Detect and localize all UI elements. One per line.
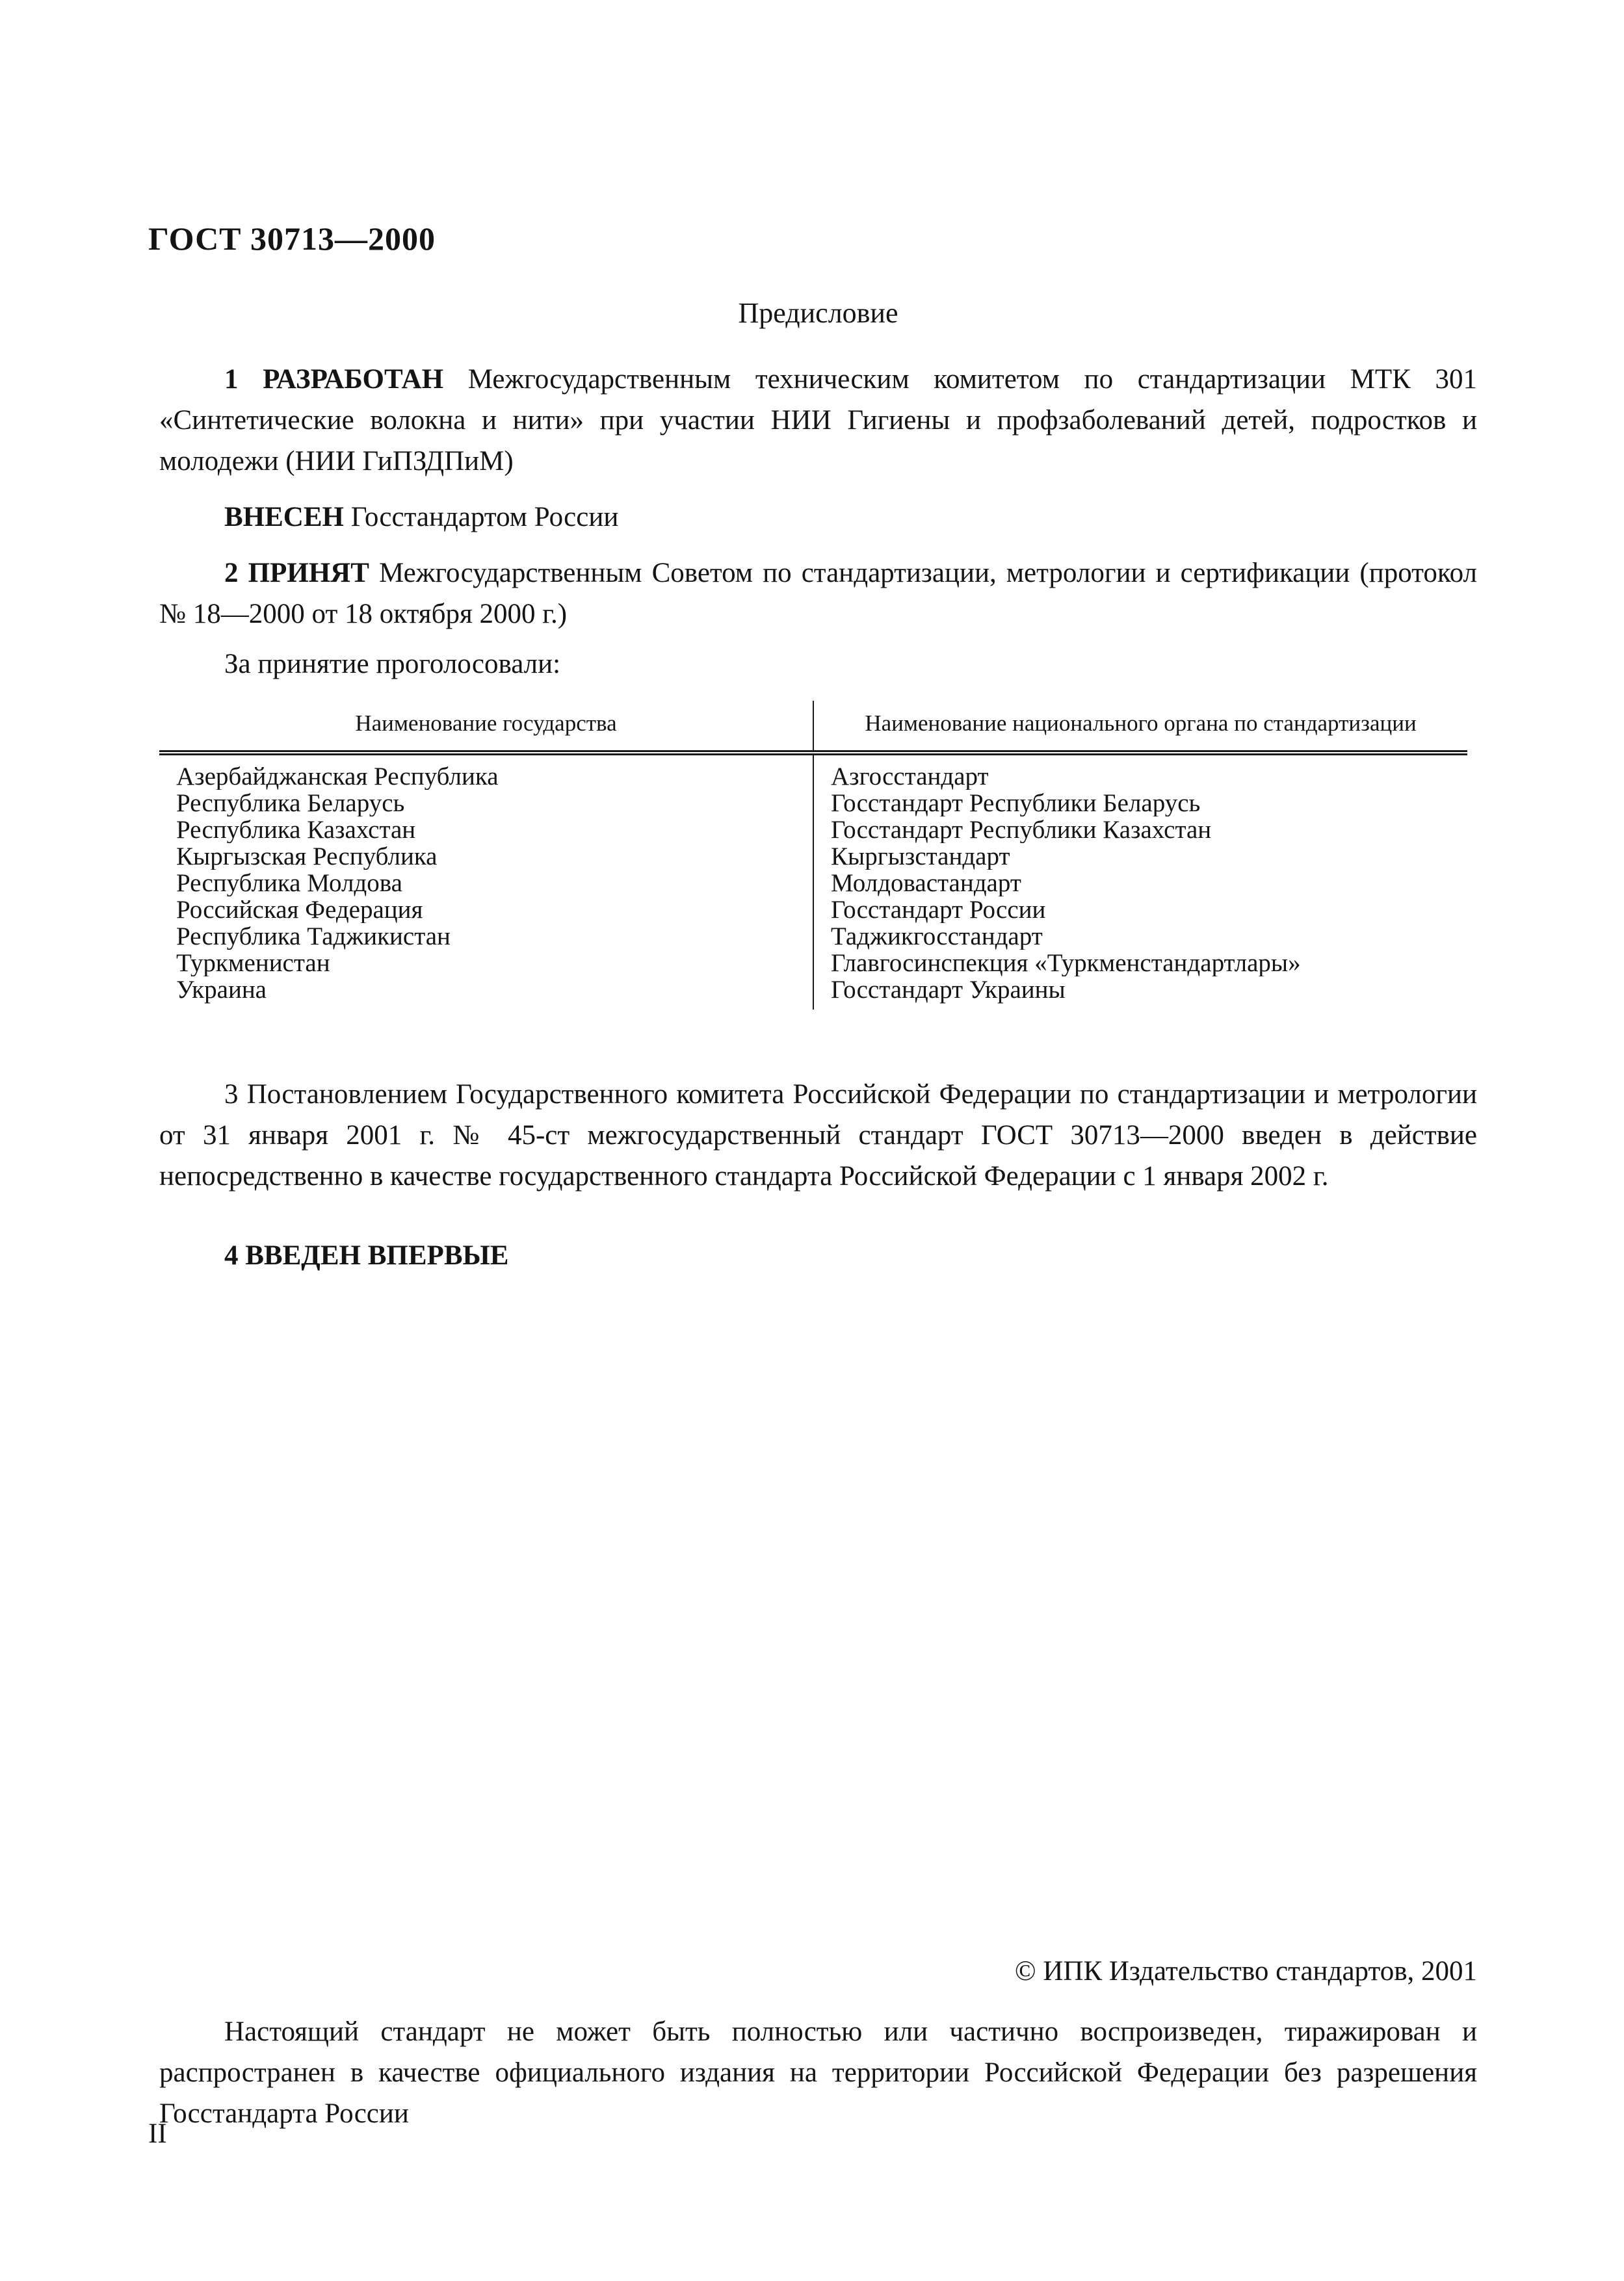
- clause-1-submitted-text: Госстандартом России: [351, 502, 619, 532]
- vote-intro: За принятие проголосовали:: [159, 644, 1477, 684]
- table-row: Азербайджанская Республика Азгосстандарт: [159, 753, 1467, 790]
- clause-3: 3 Постановлением Государственного комите…: [159, 1074, 1477, 1197]
- clause-2: 2 ПРИНЯТ Межгосударственным Советом по с…: [159, 553, 1477, 634]
- state-cell: Республика Казахстан: [159, 816, 813, 843]
- voting-table-body: Азербайджанская Республика Азгосстандарт…: [159, 753, 1467, 1010]
- page-number: II: [148, 2118, 167, 2150]
- header-body-name: Наименование национального органа по ста…: [813, 701, 1467, 753]
- body-cell: Кыргызстандарт: [813, 843, 1467, 870]
- state-cell: Украина: [159, 976, 813, 1010]
- table-row: Кыргызская Республика Кыргызстандарт: [159, 843, 1467, 870]
- clause-1-label: 1 РАЗРАБОТАН: [224, 364, 443, 395]
- state-cell: Республика Молдова: [159, 870, 813, 896]
- clause-1: 1 РАЗРАБОТАН Межгосударственным техничес…: [159, 359, 1477, 482]
- clause-1-submitted-label: ВНЕСЕН: [224, 502, 344, 532]
- body-cell: Госстандарт Республики Казахстан: [813, 816, 1467, 843]
- clause-3-label: 3: [224, 1079, 239, 1110]
- restriction-notice: Настоящий стандарт не может быть полност…: [159, 2011, 1477, 2134]
- header-row: Наименование государства Наименование на…: [159, 701, 1467, 753]
- table-row: Республика Казахстан Госстандарт Республ…: [159, 816, 1467, 843]
- clause-4-label: 4 ВВЕДЕН ВПЕРВЫЕ: [224, 1240, 508, 1271]
- table-row: Республика Беларусь Госстандарт Республи…: [159, 790, 1467, 816]
- copyright-notice: © ИПК Издательство стандартов, 2001: [159, 1955, 1477, 1987]
- document-page: ГОСТ 30713—2000 Предисловие 1 РАЗРАБОТАН…: [0, 0, 1624, 2281]
- clause-2-label: 2 ПРИНЯТ: [224, 558, 369, 588]
- state-cell: Кыргызская Республика: [159, 843, 813, 870]
- table-row: Украина Госстандарт Украины: [159, 976, 1467, 1010]
- state-cell: Туркменистан: [159, 950, 813, 976]
- clause-4: 4 ВВЕДЕН ВПЕРВЫЕ: [159, 1235, 1477, 1276]
- body-cell: Госстандарт России: [813, 896, 1467, 923]
- state-cell: Азербайджанская Республика: [159, 753, 813, 790]
- clause-3-text: Постановлением Государственного комитета…: [159, 1079, 1477, 1192]
- table-row: Туркменистан Главгосинспекция «Туркменст…: [159, 950, 1467, 976]
- table-row: Российская Федерация Госстандарт России: [159, 896, 1467, 923]
- header-state-name: Наименование государства: [159, 701, 813, 753]
- body-cell: Таджикгосстандарт: [813, 923, 1467, 950]
- body-cell: Главгосинспекция «Туркменстандартлары»: [813, 950, 1467, 976]
- body-cell: Госстандарт Украины: [813, 976, 1467, 1010]
- state-cell: Республика Беларусь: [159, 790, 813, 816]
- body-cell: Госстандарт Республики Беларусь: [813, 790, 1467, 816]
- voting-table: Наименование государства Наименование на…: [159, 701, 1467, 1010]
- voting-table-header: Наименование государства Наименование на…: [159, 701, 1467, 753]
- state-cell: Республика Таджикистан: [159, 923, 813, 950]
- page-title: Предисловие: [159, 296, 1477, 330]
- table-row: Республика Таджикистан Таджикгосстандарт: [159, 923, 1467, 950]
- body-cell: Азгосстандарт: [813, 753, 1467, 790]
- table-row: Республика Молдова Молдовастандарт: [159, 870, 1467, 896]
- doc-code: ГОСТ 30713—2000: [148, 220, 436, 257]
- clause-1-submitted: ВНЕСЕН Госстандартом России: [159, 497, 1477, 538]
- body-cell: Молдовастандарт: [813, 870, 1467, 896]
- state-cell: Российская Федерация: [159, 896, 813, 923]
